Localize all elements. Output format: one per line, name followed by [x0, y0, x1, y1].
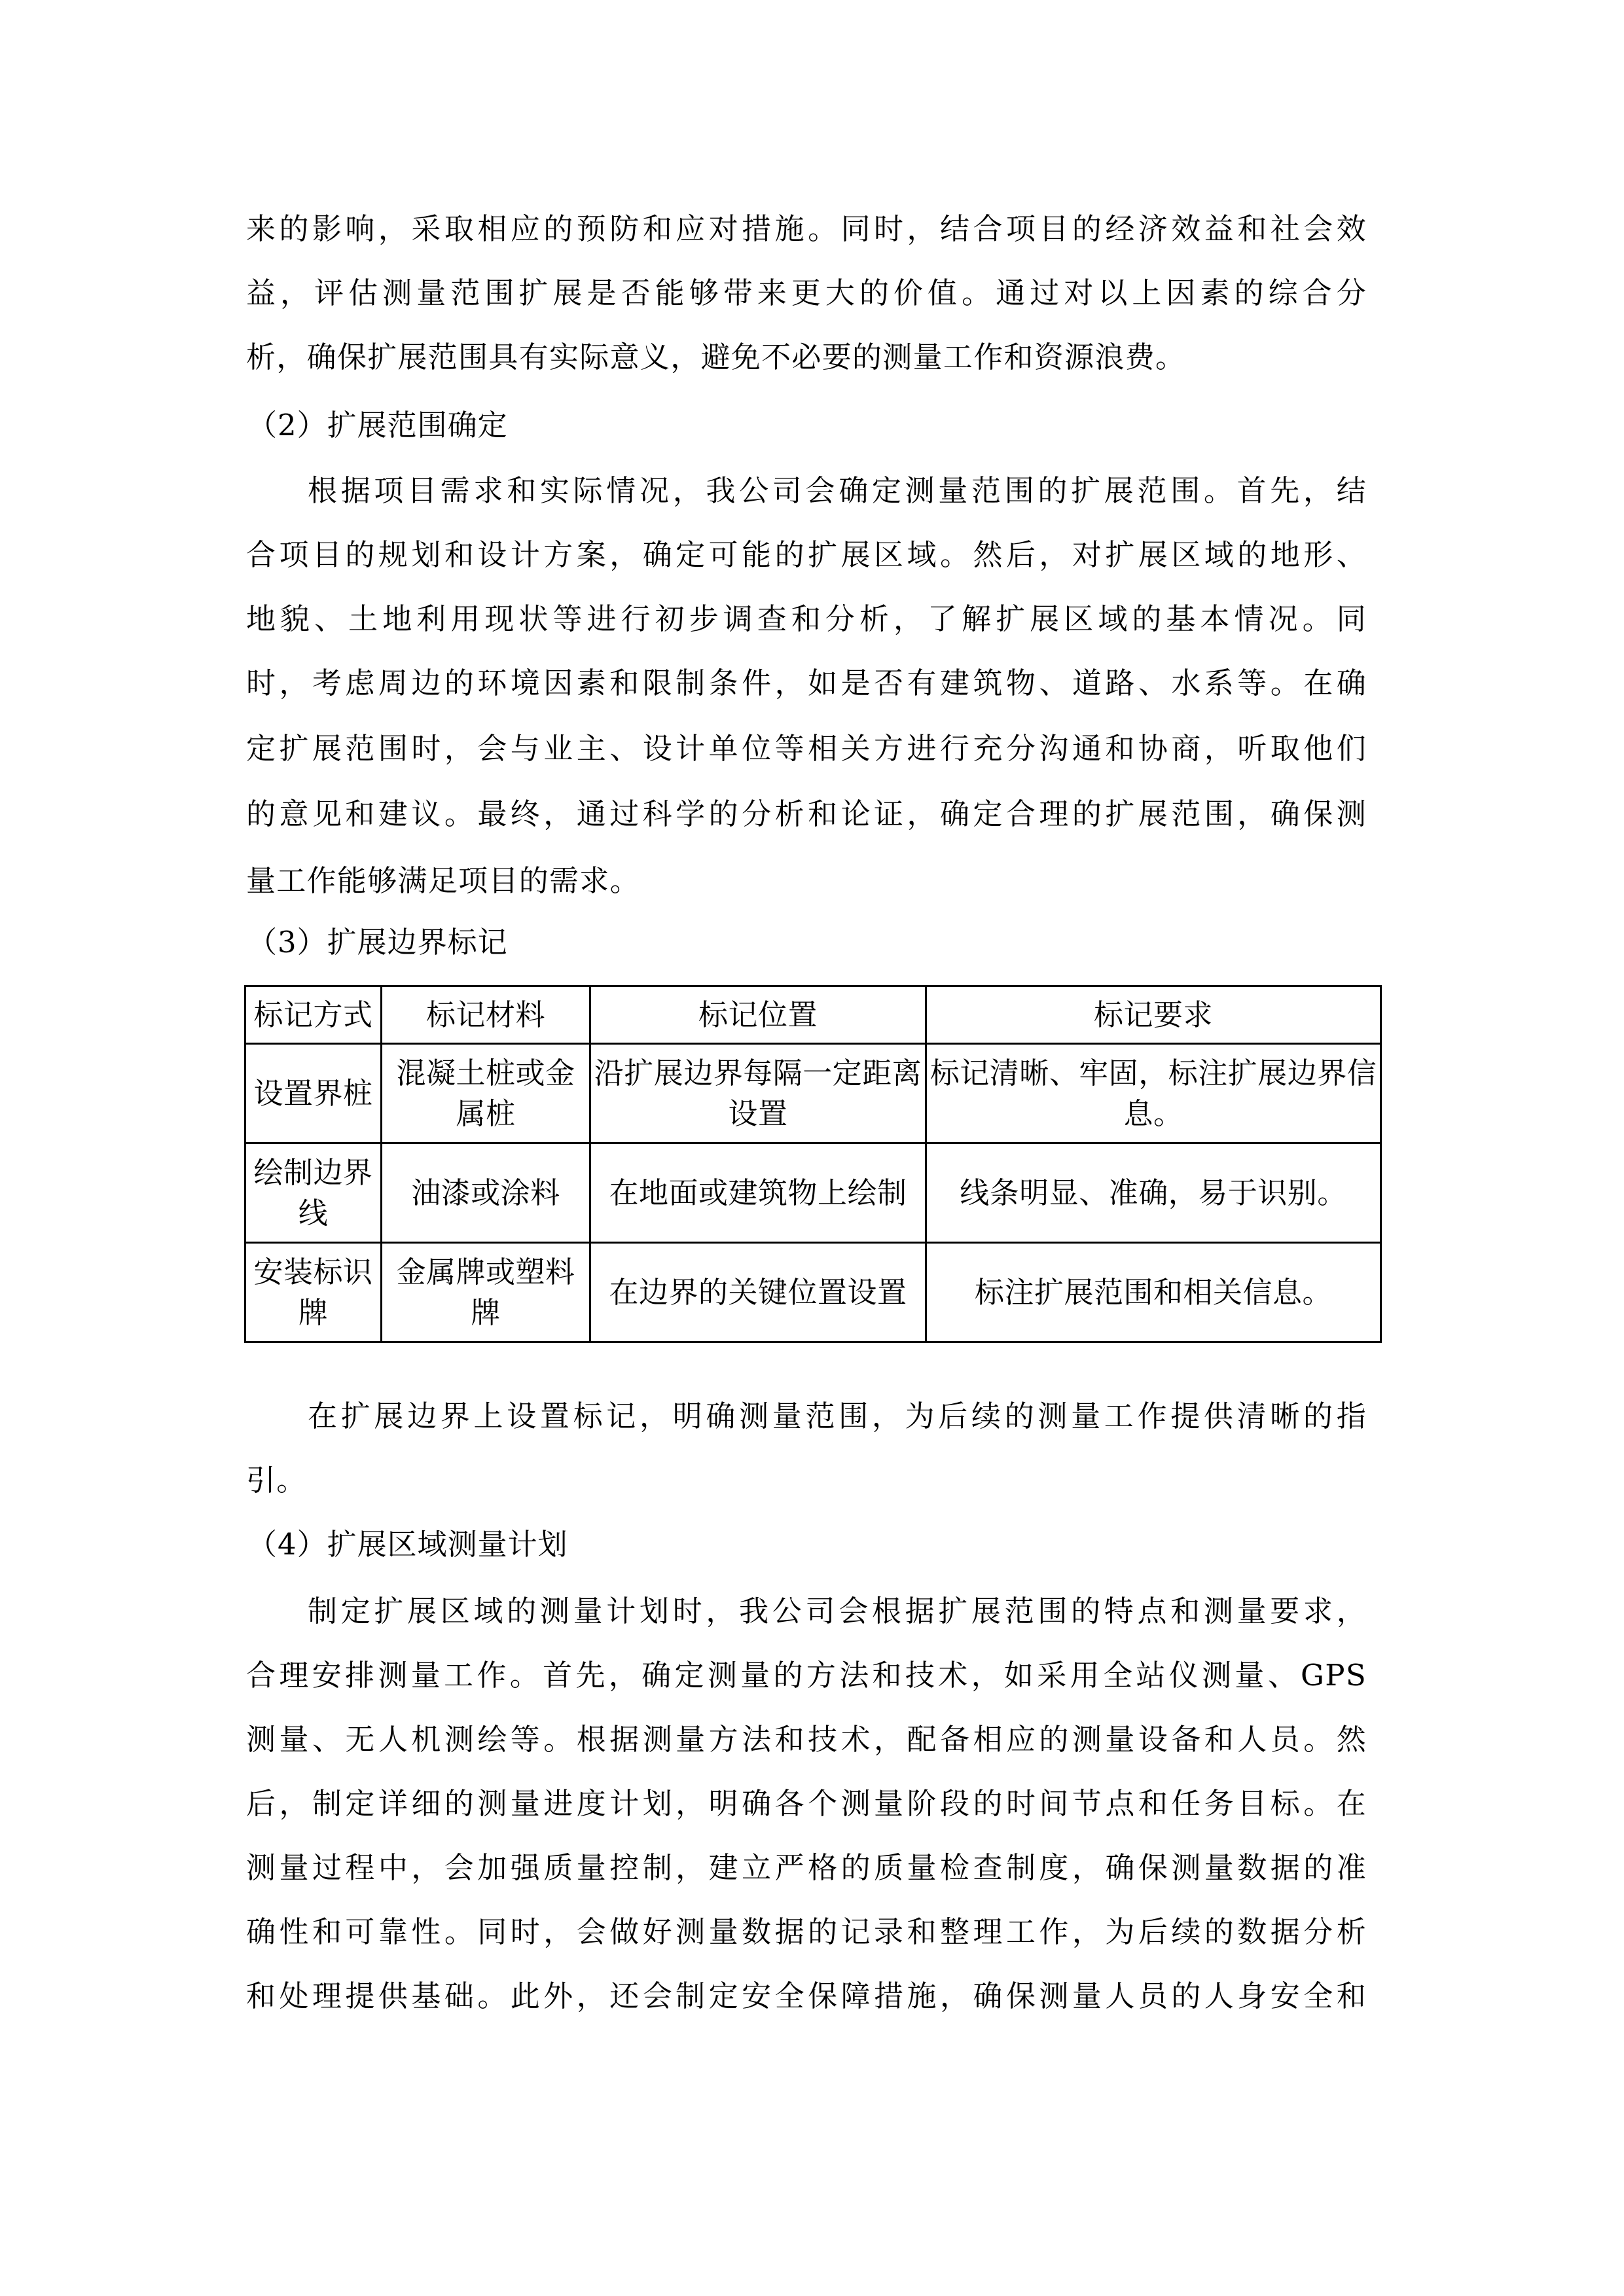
table-header-cell: 标记材料 [382, 986, 590, 1044]
table-row: 安装标识牌 金属牌或塑料牌 在边界的关键位置设置 标注扩展范围和相关信息。 [245, 1243, 1381, 1342]
section2-line-7: 量工作能够满足项目的需求。 [246, 861, 1367, 901]
section4-line-4: 后，制定详细的测量进度计划，明确各个测量阶段的时间节点和任务目标。在 [246, 1784, 1367, 1823]
table-header-cell: 标记位置 [590, 986, 926, 1044]
table-cell: 混凝土桩或金属桩 [382, 1044, 590, 1143]
table-cell: 金属牌或塑料牌 [382, 1243, 590, 1342]
section-heading-3: （3）扩展边界标记 [247, 923, 508, 962]
table-cell: 油漆或涂料 [382, 1143, 590, 1243]
section4-line-3: 测量、无人机测绘等。根据测量方法和技术，配备相应的测量设备和人员。然 [246, 1720, 1367, 1759]
section4-line-2: 合理安排测量工作。首先，确定测量的方法和技术，如采用全站仪测量、GPS [246, 1656, 1367, 1695]
table-cell: 安装标识牌 [245, 1243, 382, 1342]
table-cell: 绘制边界线 [245, 1143, 382, 1243]
section2-line-2: 合项目的规划和设计方案，确定可能的扩展区域。然后，对扩展区域的地形、 [246, 535, 1367, 575]
section2-line-5: 定扩展范围时，会与业主、设计单位等相关方进行充分沟通和协商，听取他们 [246, 729, 1367, 768]
table-cell: 线条明显、准确，易于识别。 [926, 1143, 1381, 1243]
table-row: 绘制边界线 油漆或涂料 在地面或建筑物上绘制 线条明显、准确，易于识别。 [245, 1143, 1381, 1243]
section2-line-4: 时，考虑周边的环境因素和限制条件，如是否有建筑物、道路、水系等。在确 [246, 664, 1367, 703]
document-page: 来的影响，采取相应的预防和应对措施。同时，结合项目的经济效益和社会效 益，评估测… [0, 0, 1624, 2296]
section-heading-4: （4）扩展区域测量计划 [247, 1525, 568, 1564]
boundary-marking-table: 标记方式 标记材料 标记位置 标记要求 设置界桩 混凝土桩或金属桩 沿扩展边界每… [244, 985, 1382, 1343]
table-cell: 沿扩展边界每隔一定距离设置 [590, 1044, 926, 1143]
section-heading-2: （2）扩展范围确定 [247, 406, 508, 445]
section4-line-1: 制定扩展区域的测量计划时，我公司会根据扩展范围的特点和测量要求， [308, 1592, 1367, 1631]
intro-line-2: 益，评估测量范围扩展是否能够带来更大的价值。通过对以上因素的综合分 [246, 274, 1367, 313]
table-cell: 在地面或建筑物上绘制 [590, 1143, 926, 1243]
table-cell: 在边界的关键位置设置 [590, 1243, 926, 1342]
section3-after-line-1: 在扩展边界上设置标记，明确测量范围，为后续的测量工作提供清晰的指 [308, 1397, 1367, 1436]
section4-line-6: 确性和可靠性。同时，会做好测量数据的记录和整理工作，为后续的数据分析 [246, 1912, 1367, 1952]
table-cell: 标记清晰、牢固，标注扩展边界信息。 [926, 1044, 1381, 1143]
table-header-row: 标记方式 标记材料 标记位置 标记要求 [245, 986, 1381, 1044]
section2-line-6: 的意见和建议。最终，通过科学的分析和论证，确定合理的扩展范围，确保测 [246, 795, 1367, 834]
intro-line-1: 来的影响，采取相应的预防和应对措施。同时，结合项目的经济效益和社会效 [246, 209, 1367, 249]
section2-line-1: 根据项目需求和实际情况，我公司会确定测量范围的扩展范围。首先，结 [308, 471, 1367, 511]
intro-line-3: 析，确保扩展范围具有实际意义，避免不必要的测量工作和资源浪费。 [246, 338, 1367, 377]
section4-line-7: 和处理提供基础。此外，还会制定安全保障措施，确保测量人员的人身安全和 [246, 1977, 1367, 2016]
section4-line-5: 测量过程中，会加强质量控制，建立严格的质量检查制度，确保测量数据的准 [246, 1848, 1367, 1888]
section3-after-line-2: 引。 [246, 1461, 1367, 1500]
table-cell: 标注扩展范围和相关信息。 [926, 1243, 1381, 1342]
table-row: 设置界桩 混凝土桩或金属桩 沿扩展边界每隔一定距离设置 标记清晰、牢固，标注扩展… [245, 1044, 1381, 1143]
table-header-cell: 标记要求 [926, 986, 1381, 1044]
table-cell: 设置界桩 [245, 1044, 382, 1143]
section2-line-3: 地貌、土地利用现状等进行初步调查和分析，了解扩展区域的基本情况。同 [246, 600, 1367, 639]
table-header-cell: 标记方式 [245, 986, 382, 1044]
